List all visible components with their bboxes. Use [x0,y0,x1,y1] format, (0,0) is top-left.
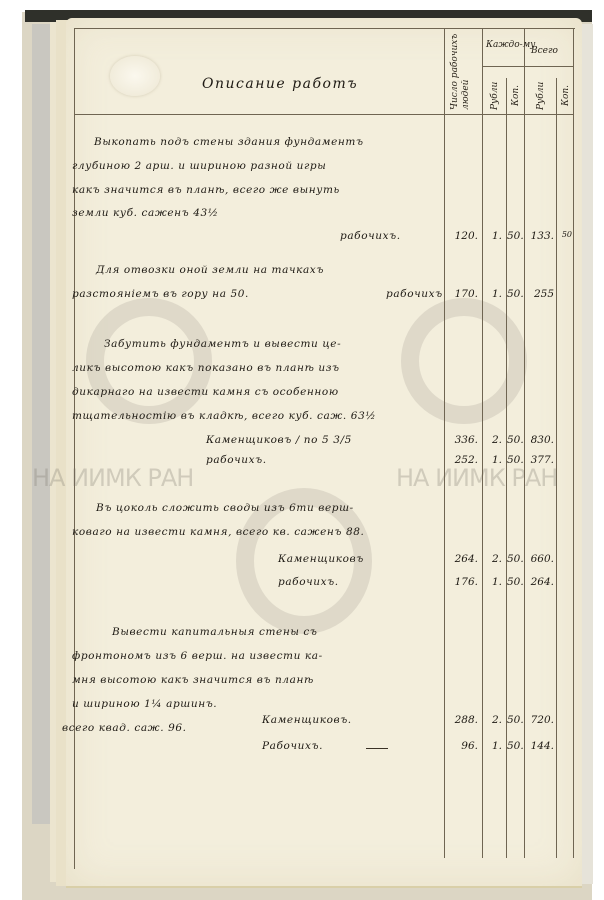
row-rate-kop: 50. [507,714,523,726]
row-label: Каменщиковъ. [262,714,352,726]
section-1-line-3: какъ значится въ планѣ, всего же вынуть [72,184,340,196]
column-divider-total-rub [556,78,557,858]
embossed-seal-icon [110,56,160,96]
row-workers: 120. [446,230,478,242]
header-per-each-kopecks: Коп. [511,85,521,106]
row-label: рабочихъ [386,288,443,300]
row-rate-kop: 50. [507,740,523,752]
header-per-each-rubles: Рубли [490,82,500,110]
section-5-line-3: мня высотою какъ значится въ планѣ [72,674,314,686]
leader-dash [366,748,388,749]
row-workers: 176. [446,576,478,588]
header-total: Всего [531,46,558,56]
header-total-kopecks: Коп. [561,85,571,106]
row-rate-rub: 2. [484,714,502,726]
watermark-text: НА ИИМК РАН [32,464,193,492]
row-label: Каменщиковъ / по 5 3/5 [206,434,352,446]
row-total-kop: 50 [558,230,572,239]
header-bottom-rule [74,114,574,115]
row-label: Рабочихъ. [262,740,323,752]
column-divider-per-kop [524,28,525,858]
row-rate-rub: 2. [484,434,502,446]
row-workers: 252. [446,454,478,466]
section-5-line-4: и шириною 1¼ аршинъ. [72,698,217,710]
section-5-total-note: всего квад. саж. 96. [62,722,187,734]
header-workers: Число рабочихъ людей [450,30,472,110]
row-total-rub: 830. [526,434,554,446]
column-divider-description [444,28,445,858]
row-total-rub: 255 [526,288,554,300]
row-total-rub: 264. [526,576,554,588]
row-label: рабочихъ. [206,454,267,466]
row-rate-kop: 50. [507,434,523,446]
row-workers: 288. [446,714,478,726]
watermark-logo-icon [401,298,527,424]
row-total-rub: 377. [526,454,554,466]
subheader-rule [482,66,574,67]
row-total-rub: 720. [526,714,554,726]
row-rate-rub: 1. [484,740,502,752]
section-1-line-1: Выкопать подъ стены здания фундаментъ [94,136,364,148]
row-total-rub: 133. [526,230,554,242]
row-rate-kop: 50. [507,576,523,588]
row-rate-rub: 1. [484,230,502,242]
section-5-line-2: фронтономъ изъ 6 верш. на извести ка- [72,650,323,662]
watermark-logo-icon [86,298,212,424]
column-divider-total-kop [573,28,574,858]
row-label: рабочихъ. [340,230,401,242]
section-4-line-1: Въ цоколь сложить своды изъ 6ти верш- [96,502,354,514]
section-1-line-4: земли куб. саженъ 43½ [72,207,219,219]
page-title: Описание работъ [202,76,358,92]
watermark-text: НА ИИМК РАН [396,464,557,492]
section-5-line-1: Вывести капитальныя стены съ [112,626,318,638]
row-label: рабочихъ. [278,576,339,588]
row-rate-rub: 1. [484,454,502,466]
column-divider-workers [482,28,483,858]
row-rate-rub: 1. [484,288,502,300]
row-workers: 264. [446,553,478,565]
row-rate-kop: 50. [507,230,523,242]
row-rate-kop: 50. [507,454,523,466]
section-3-line-2: ликъ высотою какъ показано въ планѣ изъ [72,362,340,374]
row-label: Каменщиковъ [278,553,364,565]
row-rate-rub: 1. [484,576,502,588]
row-rate-kop: 50. [507,553,523,565]
row-rate-kop: 50. [507,288,523,300]
row-total-rub: 660. [526,553,554,565]
ledger-page: НА ИИМК РАН НА ИИМК РАН Описание работъ … [66,18,582,888]
row-workers: 96. [446,740,478,752]
section-3-line-3: дикарнаго на извести камня съ особенною [72,386,339,398]
section-3-line-4: тщательностiю въ кладкѣ, всего куб. саж.… [72,410,376,422]
row-total-rub: 144. [526,740,554,752]
header-total-rubles: Рубли [536,82,546,110]
section-1-line-2: глубиною 2 арш. и шириною разной игры [72,160,326,172]
row-rate-rub: 2. [484,553,502,565]
section-4-line-2: коваго на извести камня, всего кв. сажен… [72,526,364,538]
section-2-line-2: разстоянiемъ въ гору на 50. [72,288,249,300]
section-2-line-1: Для отвозки оной земли на тачкахъ [96,264,324,276]
header-per-each: Каждо-му [486,40,535,50]
row-workers: 170. [446,288,478,300]
row-workers: 336. [446,434,478,446]
section-3-line-1: Забутить фундаментъ и вывести це- [104,338,341,350]
